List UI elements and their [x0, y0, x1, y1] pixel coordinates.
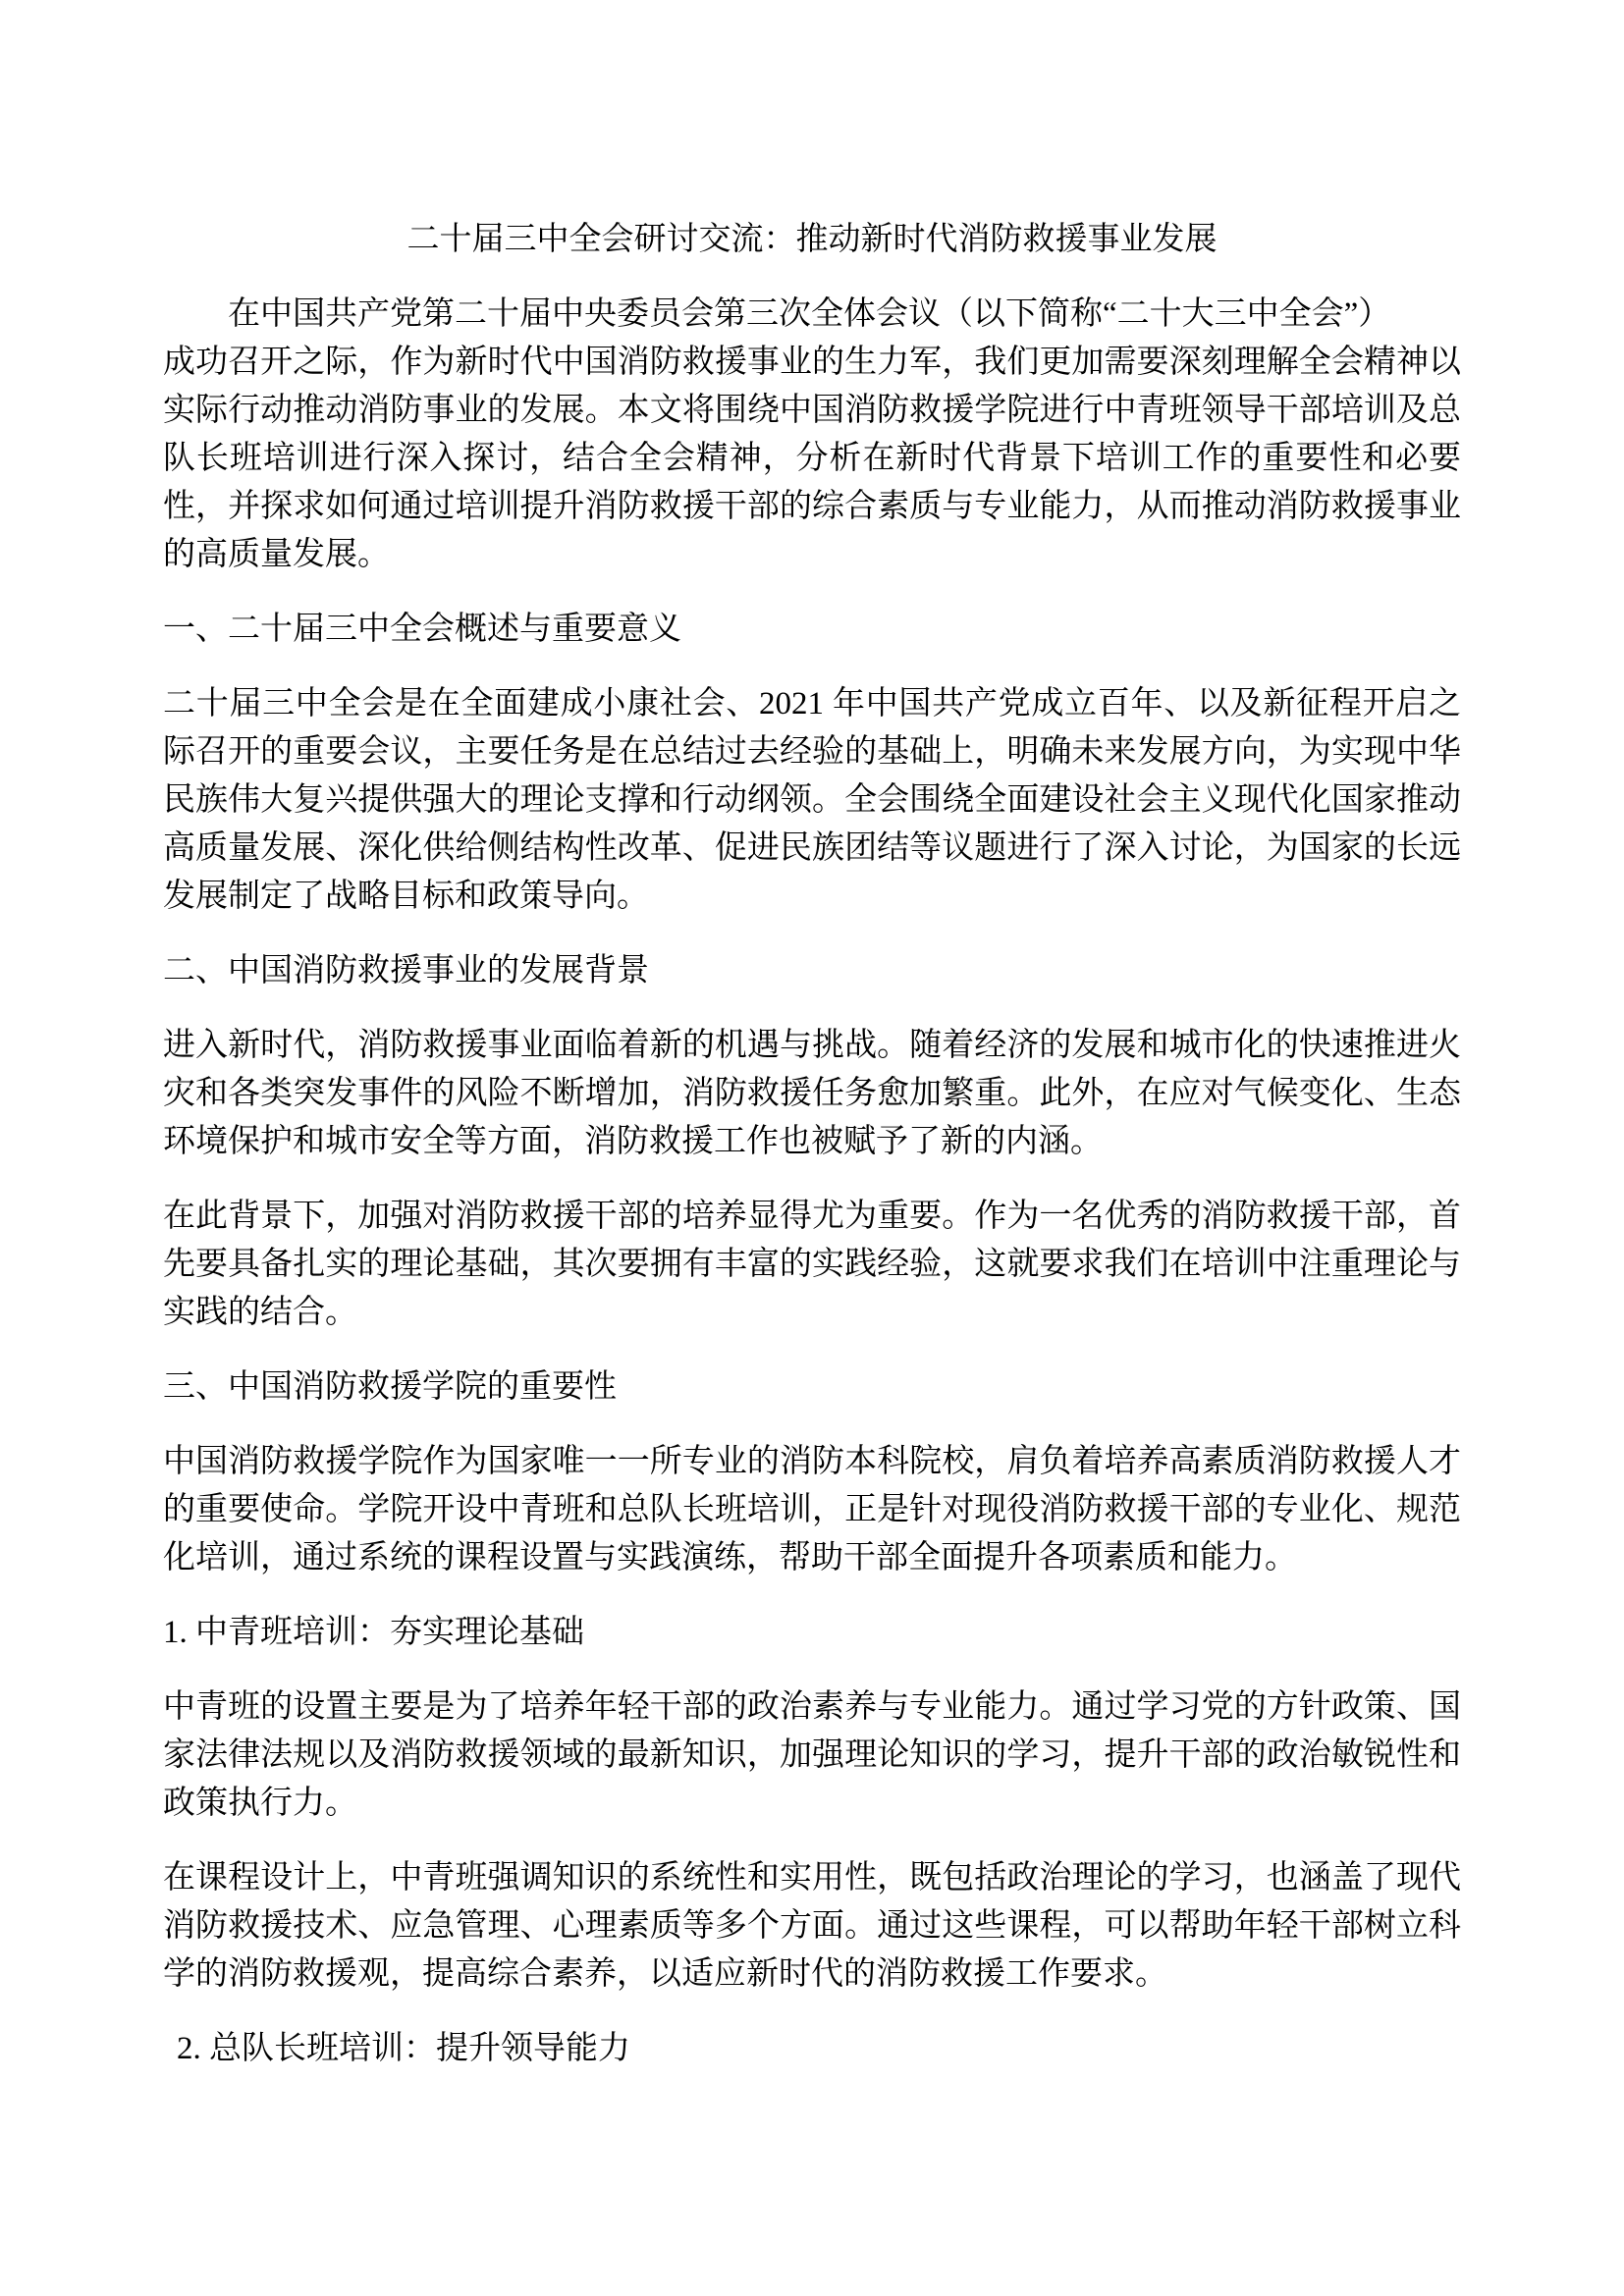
subsection-heading-2: 2. 总队长班培训：提升领导能力 — [163, 2025, 1461, 2073]
paragraph-subsection1-a: 中青班的设置主要是为了培养年轻干部的政治素养与专业能力。通过学习党的方针政策、国… — [163, 1683, 1461, 1828]
paragraph-subsection1-b: 在课程设计上，中青班强调知识的系统性和实用性，既包括政治理论的学习，也涵盖了现代… — [163, 1854, 1461, 1999]
section-heading-2: 二、中国消防救援事业的发展背景 — [163, 947, 1461, 995]
subsection-heading-1: 1. 中青班培训：夯实理论基础 — [163, 1609, 1461, 1657]
document-title: 二十届三中全会研讨交流：推动新时代消防救援事业发展 — [163, 216, 1461, 264]
section-heading-3: 三、中国消防救援学院的重要性 — [163, 1363, 1461, 1412]
section-heading-1: 一、二十届三中全会概述与重要意义 — [163, 606, 1461, 654]
paragraph-section2-a: 进入新时代，消防救援事业面临着新的机遇与挑战。随着经济的发展和城市化的快速推进火… — [163, 1022, 1461, 1166]
document-page: 二十届三中全会研讨交流：推动新时代消防救援事业发展 在中国共产党第二十届中央委员… — [0, 0, 1624, 2296]
paragraph-intro: 在中国共产党第二十届中央委员会第三次全体会议（以下简称“二十大三中全会”） 成功… — [163, 291, 1461, 579]
paragraph-section1: 二十届三中全会是在全面建成小康社会、2021 年中国共产党成立百年、以及新征程开… — [163, 680, 1461, 921]
paragraph-section2-b: 在此背景下，加强对消防救援干部的培养显得尤为重要。作为一名优秀的消防救援干部，首… — [163, 1193, 1461, 1337]
paragraph-section3: 中国消防救援学院作为国家唯一一所专业的消防本科院校，肩负着培养高素质消防救援人才… — [163, 1438, 1461, 1582]
